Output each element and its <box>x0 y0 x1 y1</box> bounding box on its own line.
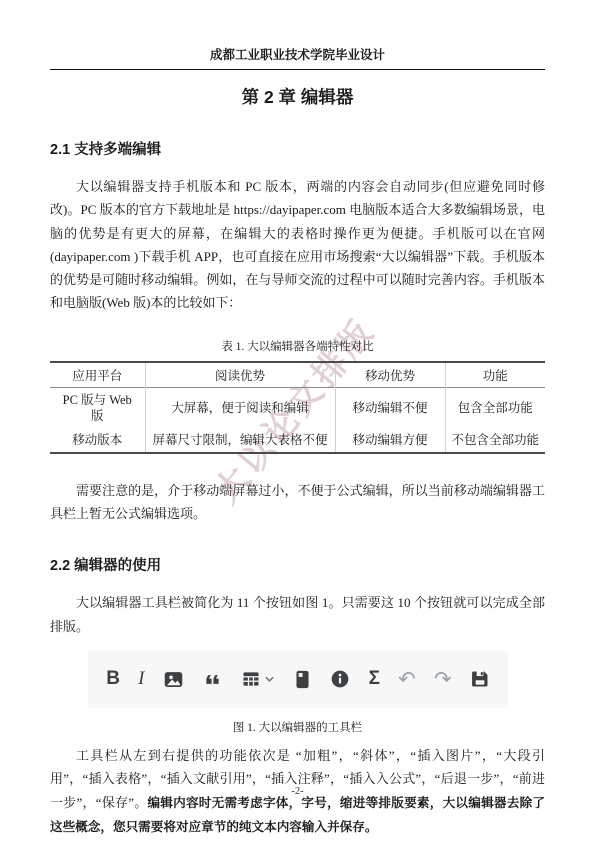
table-cell: 不包含全部功能 <box>445 428 545 453</box>
undo-icon: ↶ <box>398 669 416 690</box>
chevron-down-icon <box>264 674 275 685</box>
annotation-info-icon <box>330 669 350 689</box>
bold-icon: B <box>106 668 120 690</box>
section-heading-2-1: 2.1 支持多端编辑 <box>50 138 545 159</box>
figure-caption: 图 1. 大以编辑器的工具栏 <box>50 719 545 735</box>
save-icon <box>470 669 490 689</box>
paragraph-toolbar-intro: 大以编辑器工具栏被简化为 11 个按钮如图 1。只需要这 10 个按钮就可以完成… <box>50 591 545 638</box>
table-cell: 移动编辑不便 <box>335 387 445 428</box>
table-row: PC 版与 Web 版 大屏幕，便于阅读和编辑 移动编辑不便 包含全部功能 <box>50 387 545 428</box>
chapter-title: 第 2 章 编辑器 <box>50 84 545 109</box>
comparison-table: 应用平台 阅读优势 移动优势 功能 PC 版与 Web 版 大屏幕，便于阅读和编… <box>50 361 545 454</box>
insert-image-icon <box>163 669 184 690</box>
table-cell: PC 版与 Web 版 <box>50 387 145 428</box>
table-cell: 屏幕尺寸限制，编辑大表格不便 <box>145 428 335 453</box>
table-cell: 移动版本 <box>50 428 145 453</box>
table-header-row: 应用平台 阅读优势 移动优势 功能 <box>50 362 545 388</box>
italic-icon: I <box>138 668 144 690</box>
column-header-reading: 阅读优势 <box>145 362 335 388</box>
page-content: 成都工业职业技术学院毕业设计 第 2 章 编辑器 2.1 支持多端编辑 大以编辑… <box>50 0 545 839</box>
table-caption: 表 1. 大以编辑器各端特性对比 <box>50 338 545 354</box>
formula-sigma-icon: Σ <box>369 668 380 690</box>
redo-icon: ↷ <box>434 669 452 690</box>
blockquote-icon <box>202 669 223 690</box>
page-number: -2- <box>0 786 595 797</box>
insert-table-icon <box>241 669 275 689</box>
section-heading-2-2: 2.2 编辑器的使用 <box>50 554 545 575</box>
toolbar-figure: B I Σ ↶ ↷ <box>88 651 508 708</box>
thesis-header: 成都工业职业技术学院毕业设计 <box>50 45 545 70</box>
table-cell: 包含全部功能 <box>445 387 545 428</box>
insert-citation-icon <box>293 669 312 690</box>
table-row: 移动版本 屏幕尺寸限制，编辑大表格不便 移动编辑方便 不包含全部功能 <box>50 428 545 453</box>
table-cell: 大屏幕，便于阅读和编辑 <box>145 387 335 428</box>
column-header-platform: 应用平台 <box>50 362 145 388</box>
table-cell: 移动编辑方便 <box>335 428 445 453</box>
column-header-mobile: 移动优势 <box>335 362 445 388</box>
column-header-features: 功能 <box>445 362 545 388</box>
paragraph-formula-note: 需要注意的是，介于移动端屏幕过小，不便于公式编辑，所以当前移动端编辑器工具栏上暂… <box>50 479 545 526</box>
paragraph-multi-device: 大以编辑器支持手机版本和 PC 版本，两端的内容会自动同步(但应避免同时修改)。… <box>50 175 545 315</box>
